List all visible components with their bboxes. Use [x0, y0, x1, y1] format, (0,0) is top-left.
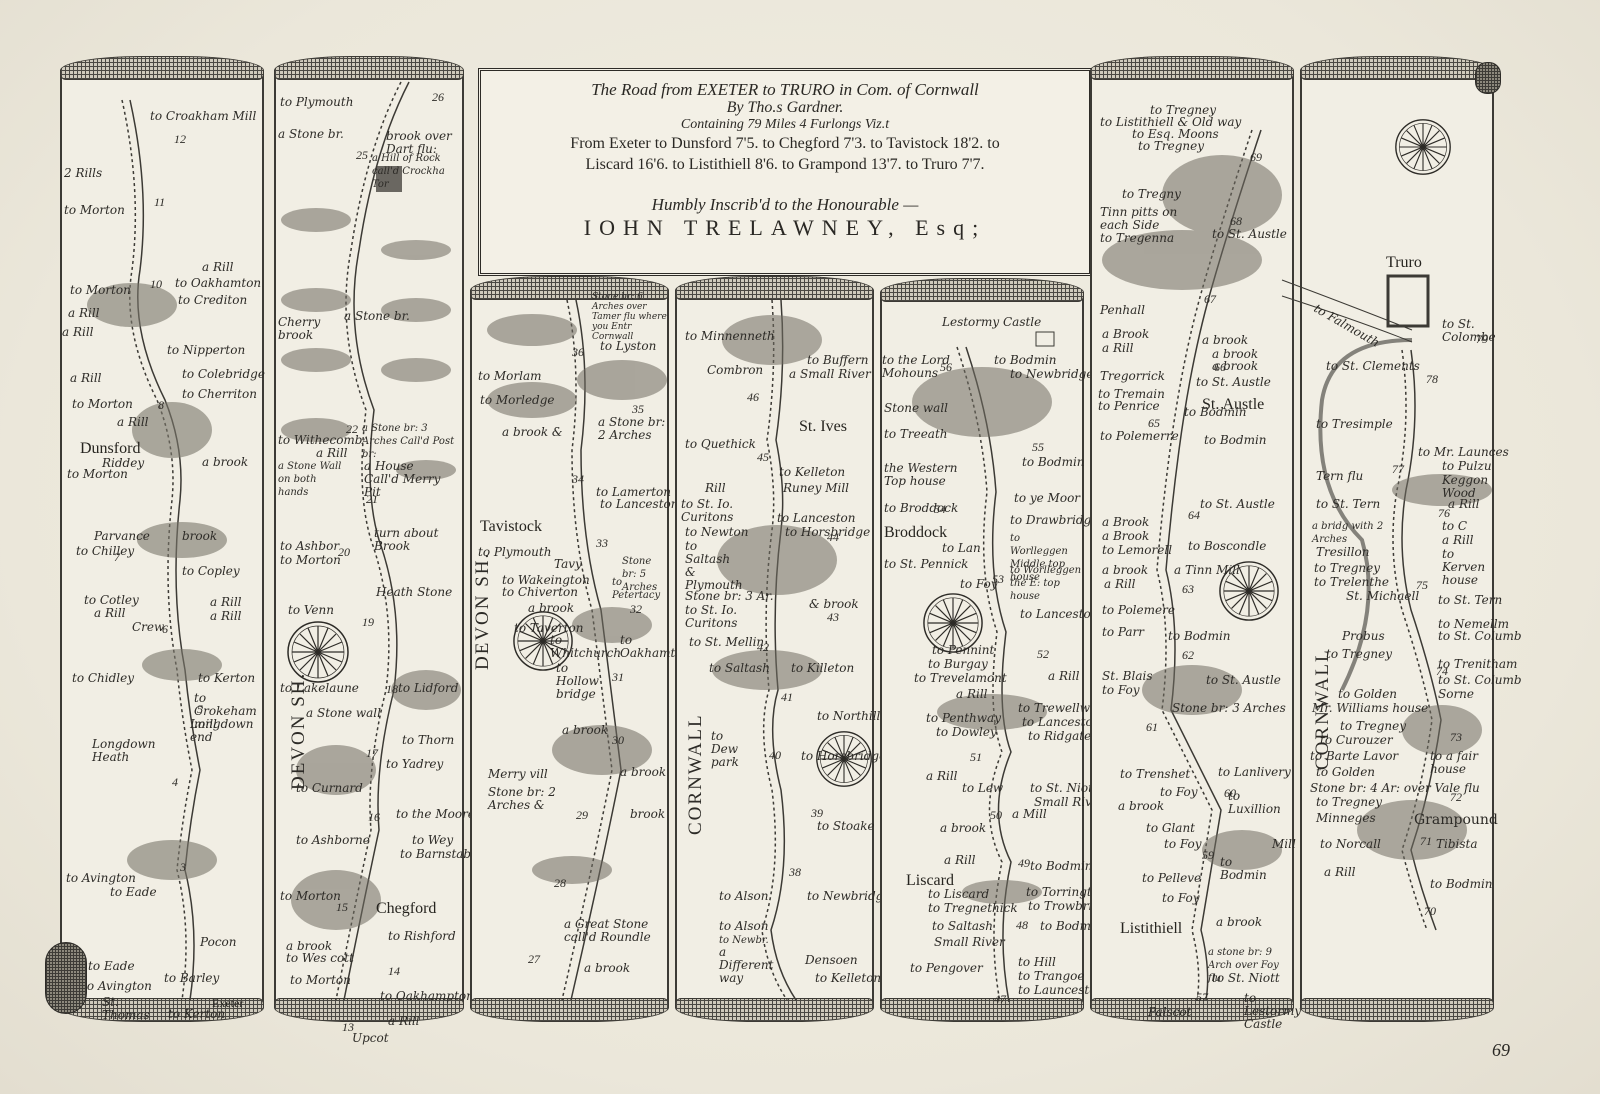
- route-label: to a fair house: [1430, 750, 1490, 776]
- milestone: 8: [158, 398, 164, 413]
- route-label: to Penrice: [1098, 400, 1160, 413]
- route-label: to the Lord Mohouns: [882, 354, 952, 380]
- route-label: to Lanceston: [1022, 716, 1100, 729]
- route-label: to Newton: [685, 526, 749, 539]
- route-label: a Different way: [719, 946, 774, 985]
- route-label: to Tregney: [1316, 796, 1382, 809]
- route-label: to Rishford: [388, 930, 456, 943]
- route-label: to Eade: [110, 886, 157, 899]
- milestone: 70: [1424, 904, 1436, 919]
- route-label: a Stone br.: [278, 128, 344, 141]
- route-label: a Rill: [956, 688, 988, 701]
- route-label: a brook: [1202, 334, 1248, 347]
- route-label: a Rill: [1442, 534, 1474, 547]
- route-label: to Lanceston: [777, 512, 855, 525]
- route-label: to Trelenthe: [1314, 576, 1389, 589]
- milestone: 50: [990, 808, 1002, 823]
- town-listithiell: Listithiell: [1120, 920, 1182, 938]
- route-label: Sorne: [1438, 688, 1474, 701]
- town-st-ives: St. Ives: [799, 418, 847, 436]
- road-strip-3: DEVON SH. 36 35 34 33 32 31 30 29 28 27 …: [470, 290, 669, 1008]
- route-label: to Trowbris: [1028, 900, 1099, 913]
- route-label: a bridg with 2 Arches: [1312, 520, 1392, 546]
- milestone: 38: [789, 865, 801, 880]
- route-label: to Bodmin: [1220, 856, 1270, 882]
- milestone: 49: [1018, 856, 1030, 871]
- route-label: to Tregney: [1138, 140, 1204, 153]
- route-label: to Morton: [70, 284, 131, 297]
- route-label: to Barte Lavor: [1310, 750, 1398, 763]
- route-label: a Rill: [117, 416, 149, 429]
- compass-rose-icon: [1394, 118, 1452, 176]
- route-label: to Luxillion: [1228, 790, 1288, 816]
- route-label: a Rill: [316, 447, 348, 460]
- route-label: to Morledge: [480, 394, 555, 407]
- milestone: 29: [576, 808, 588, 823]
- route-label: to Lanlivery: [1218, 766, 1291, 779]
- route-label: Merry vill: [488, 768, 548, 781]
- route-label: to Ashbor: [280, 540, 339, 553]
- route-label: Tavy: [554, 558, 582, 571]
- route-label: to Tregny: [1122, 188, 1181, 201]
- route-label: to Tregney: [1314, 562, 1380, 575]
- route-label: to Golden: [1316, 766, 1375, 779]
- route-label: a brook: [1102, 564, 1148, 577]
- milestone: 73: [1450, 730, 1462, 745]
- map-author: By Tho.s Gardner.: [481, 99, 1089, 116]
- route-label: to Petertacy: [612, 576, 667, 602]
- route-label: Crew: [132, 621, 164, 634]
- route-label: Tibista: [1436, 838, 1478, 851]
- route-label: to Curouzer: [1320, 734, 1393, 747]
- route-label: to Morton: [72, 398, 133, 411]
- route-label: St. Michaell: [1346, 590, 1419, 603]
- route-label: to Copley: [182, 565, 240, 578]
- road-strip-5: Lestormy Castle 56 55 54 53 52 51 50 49 …: [880, 292, 1084, 1008]
- route-label: a Rill: [210, 596, 242, 609]
- milestone: 17: [366, 746, 378, 761]
- route-label: to Hollow bridge: [556, 662, 604, 701]
- milestone: 11: [154, 195, 165, 210]
- county-label-cornwall: CORNWALL: [685, 713, 707, 835]
- route-label: a Rill: [1104, 578, 1136, 591]
- milestone: 41: [781, 690, 793, 705]
- route-label: to Penthway: [926, 712, 1001, 725]
- milestone: 3: [180, 860, 186, 875]
- landmark-lestormy-castle: Lestormy Castle: [942, 316, 1041, 329]
- route-label: to Crediton: [178, 294, 247, 307]
- route-label: to Morton: [280, 890, 341, 903]
- route-label: a brook: [202, 456, 248, 469]
- route-label: to Lan: [942, 542, 981, 555]
- milestone: 62: [1182, 648, 1194, 663]
- route-label: to St. Columb: [1438, 630, 1522, 643]
- route-label: to Drawbridg: [1010, 514, 1091, 527]
- route-label: a Rill: [94, 607, 126, 620]
- route-label: to Saltash & Plymouth: [685, 540, 740, 592]
- route-label: to St. Austle: [1200, 498, 1275, 511]
- route-label: to Chidley: [72, 672, 134, 685]
- route-label: to Treeath: [884, 428, 948, 441]
- route-label: Cherry brook: [278, 316, 318, 342]
- route-label: Rill: [705, 482, 726, 495]
- route-label: to St. Pennick: [884, 558, 968, 571]
- route-label: to Buffern: [807, 354, 868, 367]
- road-strip-4: CORNWALL 46 45 44 43 42 41 40 39 38 St. …: [675, 290, 874, 1008]
- route-label: Tregorrick: [1100, 370, 1165, 383]
- route-label: to Lestormy Castle: [1244, 992, 1292, 1031]
- route-label: a Great Stone call'd Roundle: [564, 918, 664, 944]
- route-label: to Golden: [1338, 688, 1397, 701]
- route-label: to Horsbridge: [785, 526, 870, 539]
- route-label: to Oakhamton: [620, 634, 668, 660]
- milestone: 26: [432, 90, 444, 105]
- route-label: to Foy: [1162, 892, 1200, 905]
- route-label: to Trevelamont: [914, 672, 1007, 685]
- route-label: to Morton: [280, 554, 341, 567]
- milestone: 71: [1420, 834, 1432, 849]
- route-label: to Bodmin: [1430, 878, 1493, 891]
- milestone: 18: [386, 682, 398, 697]
- route-label: to Tregney: [1326, 648, 1392, 661]
- route-label: a Brook: [1102, 328, 1149, 341]
- route-label: to Lanceston: [600, 498, 678, 511]
- map-dedication: Humbly Inscrib'd to the Honourable —: [481, 195, 1089, 215]
- road-strip-2: 26 25 22 21 20 19 18 17 16 15 14 13 Cheg…: [274, 70, 464, 1008]
- route-label: a House Call'd Merry Pit: [364, 460, 444, 499]
- milestone: 30: [612, 733, 624, 748]
- route-label: to Boscondle: [1188, 540, 1266, 553]
- route-label: brook: [630, 808, 665, 821]
- route-label: to Bodmin: [994, 354, 1057, 367]
- route-label: Minneges: [1316, 812, 1376, 825]
- route-label: to Colebridge: [182, 368, 265, 381]
- milestone: 78: [1426, 372, 1438, 387]
- milestone: 16: [368, 810, 380, 825]
- route-label: to Morton: [64, 204, 125, 217]
- route-label: to Wey: [412, 834, 453, 847]
- town-broddock: Broddock: [884, 524, 947, 542]
- county-label-devon: DEVON SH.: [472, 552, 494, 670]
- milestone: 33: [596, 536, 608, 551]
- route-label: to Lidford: [398, 682, 458, 695]
- route-label: a Rill: [1324, 866, 1356, 879]
- route-label: to Whitchurch: [550, 634, 590, 660]
- route-label: to Parr: [1102, 626, 1144, 639]
- route-label: to Saltash: [709, 662, 770, 675]
- route-label: Stone br: 3 Ar.: [685, 590, 774, 603]
- route-label: to Saltash: [932, 920, 993, 933]
- route-label: to St. Tern: [1316, 498, 1380, 511]
- route-label: to Dowley: [936, 726, 997, 739]
- town-chegford: Chegford: [376, 900, 436, 918]
- route-label: St. Thomas: [102, 996, 152, 1022]
- route-label: to Hill: [1018, 956, 1056, 969]
- route-label: to St. Clements: [1326, 360, 1420, 373]
- route-label: Combron: [707, 364, 763, 377]
- route-label: to Mr. Launces: [1418, 446, 1509, 459]
- route-label: to St. Austle: [1196, 376, 1271, 389]
- scroll-curl-right: [1475, 62, 1501, 94]
- route-label: to St. Columb: [1438, 674, 1522, 687]
- route-label: to St. Austle: [1212, 228, 1287, 241]
- route-label: Penhall: [1100, 304, 1145, 317]
- route-label: to Bodmin: [1168, 630, 1231, 643]
- milestone: 52: [1037, 647, 1049, 662]
- map-total-distance: Containing 79 Miles 4 Furlongs Viz.t: [481, 116, 1089, 133]
- milestone: 61: [1146, 720, 1158, 735]
- milestone: 46: [747, 390, 759, 405]
- route-label: Runey Mill: [783, 482, 849, 495]
- route-label: Pocon: [200, 936, 237, 949]
- route-label: turn about Brook: [374, 527, 444, 553]
- milestone: 43: [827, 610, 839, 625]
- route-label: a Rill: [944, 854, 976, 867]
- route-label: 2 Rills: [64, 167, 102, 180]
- route-label: to Ashborne: [296, 834, 370, 847]
- route-label: a brook: [584, 962, 630, 975]
- milestone: 25: [356, 148, 368, 163]
- route-label: a brook: [1118, 800, 1164, 813]
- milestone: 19: [362, 615, 374, 630]
- route-label: to St. Mellin: [689, 636, 764, 649]
- route-label: a Rill: [1102, 342, 1134, 355]
- route-label: to Pengover: [910, 962, 983, 975]
- route-label: to Thorn: [402, 734, 454, 747]
- route-label: a brook &: [502, 426, 563, 439]
- route-label: Probus: [1342, 630, 1385, 643]
- route-label: Longdown end: [190, 718, 260, 744]
- route-label: to Broddock: [884, 502, 958, 515]
- town-truro: Truro: [1386, 254, 1422, 272]
- road-strip-1: 12 11 10 8 7 6 5 4 3 Dunsford Exeter to …: [60, 70, 264, 1008]
- map-stages-line-1: From Exeter to Dunsford 7'5. to Chegford…: [481, 133, 1089, 154]
- route-label: a Rill: [62, 326, 94, 339]
- route-label: to Venn: [288, 604, 334, 617]
- route-label: a Rill: [68, 307, 100, 320]
- route-label: a Rill: [202, 261, 234, 274]
- route-label: St. Blais: [1102, 670, 1152, 683]
- route-label: Parvance: [94, 530, 150, 543]
- route-label: to Minnenneth: [685, 330, 775, 343]
- route-label: a Rill: [70, 372, 102, 385]
- route-label: a Stone br.: [344, 310, 410, 323]
- milestone: 55: [1032, 440, 1044, 455]
- route-label: to St. Colombe: [1442, 318, 1492, 344]
- route-label: to Oakhamton: [175, 277, 261, 290]
- route-label: to Lanceston: [1020, 608, 1098, 621]
- route-label: to Morton: [290, 974, 351, 987]
- route-label: to Trenitham: [1438, 658, 1517, 671]
- route-label: to Newbridge: [807, 890, 890, 903]
- route-label: to St. Io. Curitons: [685, 604, 745, 630]
- route-label: to Lemorell: [1102, 544, 1172, 557]
- route-label: to Kerton: [198, 672, 255, 685]
- route-label: to Yadrey: [386, 758, 443, 771]
- route-label: to St. Io. Curitons: [681, 498, 751, 524]
- route-label: to Lyston: [600, 340, 656, 353]
- milestone: 34: [572, 472, 584, 487]
- route-label: Upcot: [352, 1032, 389, 1045]
- route-label: to Trenshet: [1120, 768, 1190, 781]
- route-label: to Oakhampton: [380, 990, 474, 1003]
- route-label: to Plymouth: [478, 546, 551, 559]
- route-label: the Western Top house: [884, 462, 964, 488]
- route-label: to C: [1442, 520, 1467, 533]
- route-label: to Stoake: [817, 820, 875, 833]
- route-label: to Foy: [1102, 684, 1140, 697]
- milestone: 63: [1182, 582, 1194, 597]
- map-stages-line-2: Liscard 16'6. to Listithiell 8'6. to Gra…: [481, 154, 1089, 175]
- route-label: to Tregenna: [1100, 232, 1174, 245]
- route-label: to Nipperton: [167, 344, 245, 357]
- route-label: to Liscard: [928, 888, 989, 901]
- town-tavistock: Tavistock: [480, 518, 542, 536]
- route-label: to Tresimple: [1316, 418, 1393, 431]
- route-label: Palscot: [1148, 1006, 1191, 1019]
- road-strip-6: 69 68 67 66 65 64 63 62 61 60 59 57 St. …: [1090, 70, 1294, 1008]
- route-label: to Alson: [719, 920, 768, 933]
- route-label: to Polemerre: [1100, 430, 1179, 443]
- route-label: a Brook: [1102, 516, 1149, 529]
- route-label: a brook: [1216, 916, 1262, 929]
- route-label: a Rill: [1448, 498, 1480, 511]
- route-label: to Bodmin: [1204, 434, 1267, 447]
- route-label: to Pelleve: [1142, 872, 1201, 885]
- town-grampound: Grampound: [1414, 814, 1498, 827]
- route-label: Stone br: 4 Ar: over Vale flu: [1310, 782, 1480, 795]
- route-label: to Avington: [82, 980, 152, 993]
- milestone: 32: [630, 602, 642, 617]
- milestone: 4: [172, 775, 178, 790]
- route-label: to Newbridge: [1010, 368, 1093, 381]
- route-label: to Northill: [817, 710, 880, 723]
- route-label: to the Moores: [396, 808, 481, 821]
- route-label: Tern flu: [1316, 470, 1363, 483]
- milestone: 10: [150, 277, 162, 292]
- route-label: a brook: [620, 766, 666, 779]
- route-label: to Bodmin: [1022, 456, 1085, 469]
- route-label: to Worlleggen the E: top house: [1010, 564, 1082, 603]
- route-label: a Mill: [1012, 808, 1047, 821]
- route-label: a Rill: [210, 610, 242, 623]
- milestone: 31: [612, 670, 624, 685]
- map-dedicatee: IOHN TRELAWNEY, Esq;: [481, 215, 1089, 241]
- route-label: to Morton: [67, 468, 128, 481]
- route-label: to Croakham Mill: [150, 110, 256, 123]
- route-label: & brook: [809, 598, 859, 611]
- route-label: Small River: [934, 936, 1005, 949]
- route-label: to Lew: [962, 782, 1003, 795]
- route-label: to St. Austle: [1206, 674, 1281, 687]
- route-label: brook: [182, 530, 217, 543]
- milestone: 77: [1392, 462, 1404, 477]
- route-label: to Ridgate: [1028, 730, 1091, 743]
- road-strip-7: CORNWALL 79 78 77 76 75 74 73 72 71 70 T…: [1300, 70, 1494, 1008]
- route-label: Stone br: 2 Arches &: [488, 786, 558, 812]
- milestone: 51: [970, 750, 982, 765]
- milestone: 28: [554, 876, 566, 891]
- route-label: to Cherriton: [182, 388, 257, 401]
- milestone: 45: [757, 450, 769, 465]
- route-label: to St. Tern: [1438, 594, 1502, 607]
- route-label: to Pennint: [932, 644, 994, 657]
- milestone: 36: [572, 345, 584, 360]
- route-label: Heath Stone: [376, 586, 452, 599]
- route-label: Tresillon: [1316, 546, 1369, 559]
- route-label: to Chilley: [76, 545, 134, 558]
- milestone: 40: [769, 748, 781, 763]
- route-label: to Tregnethick: [928, 902, 1018, 915]
- map-title: The Road from EXETER to TRURO in Com. of…: [481, 81, 1089, 99]
- route-label: to Plymouth: [280, 96, 353, 109]
- route-label: a Stone Wall on both hands: [278, 460, 348, 499]
- route-label: to Trangoe: [1018, 970, 1085, 983]
- route-label: to Eade: [88, 960, 135, 973]
- route-label: a Rill: [388, 1015, 420, 1028]
- route-label: to Polemere: [1102, 604, 1175, 617]
- route-label: a Stone br: 2 Arches: [598, 416, 668, 442]
- route-label: to Tregney: [1340, 720, 1406, 733]
- route-label: to St. Niott: [1212, 972, 1280, 985]
- route-label: to Avington: [66, 872, 136, 885]
- route-label: to ye Moor: [1014, 492, 1080, 505]
- route-label: to St. Niott: [1030, 782, 1098, 795]
- route-label: a Stone wall: [306, 707, 381, 720]
- route-label: to Barley: [164, 972, 219, 985]
- route-label: to Foy: [1160, 786, 1198, 799]
- route-label: Longdown Heath: [92, 738, 162, 764]
- route-label: to Pulzu: [1442, 460, 1492, 473]
- title-cartouche: The Road from EXETER to TRURO in Com. of…: [478, 68, 1092, 276]
- milestone: 14: [388, 964, 400, 979]
- route-label: to Kerven house: [1442, 548, 1492, 587]
- milestone: 64: [1188, 508, 1200, 523]
- route-label: a Stone br: 3 Arches Call'd Post br:: [362, 422, 462, 461]
- route-label: Stone br: 6 Arches over Tamer flu where …: [592, 292, 667, 342]
- route-label: to Wes cott: [286, 952, 354, 965]
- route-label: a Rill: [1048, 670, 1080, 683]
- route-label: a brook: [562, 724, 608, 737]
- route-label: to Glant: [1146, 822, 1195, 835]
- route-label: Stone br: 3 Arches: [1172, 702, 1286, 715]
- route-label: a Rill: [926, 770, 958, 783]
- route-label: to Kelleton: [779, 466, 845, 479]
- route-label: Tinn pitts on each Side: [1100, 206, 1185, 232]
- route-label: to Killeton: [791, 662, 854, 675]
- route-label: Densoen: [805, 954, 858, 967]
- route-label: Stone wall: [884, 402, 948, 415]
- milestone: 47: [994, 992, 1006, 1007]
- milestone: 59: [1202, 848, 1214, 863]
- route-label: to Foy: [1164, 838, 1202, 851]
- route-label: to Curnard: [296, 782, 363, 795]
- route-label: to Alson: [719, 890, 768, 903]
- route-label: to Bodmin: [1030, 860, 1093, 873]
- route-label: a brook: [940, 822, 986, 835]
- scroll-curl-left: [45, 942, 87, 1014]
- route-label: to Horsbridge: [801, 750, 886, 763]
- milestone: 27: [528, 952, 540, 967]
- route-label: a Hill of Rock call'd Crockha Tor: [372, 152, 462, 191]
- route-label: to Dew park: [711, 730, 751, 769]
- route-label: to Lakelaune: [280, 682, 359, 695]
- route-label: a Brook: [1102, 530, 1149, 543]
- route-label: a Small River: [789, 368, 871, 381]
- milestone: 12: [174, 132, 186, 147]
- route-label: to Kerton: [168, 1008, 225, 1021]
- route-label: to Burgay: [928, 658, 988, 671]
